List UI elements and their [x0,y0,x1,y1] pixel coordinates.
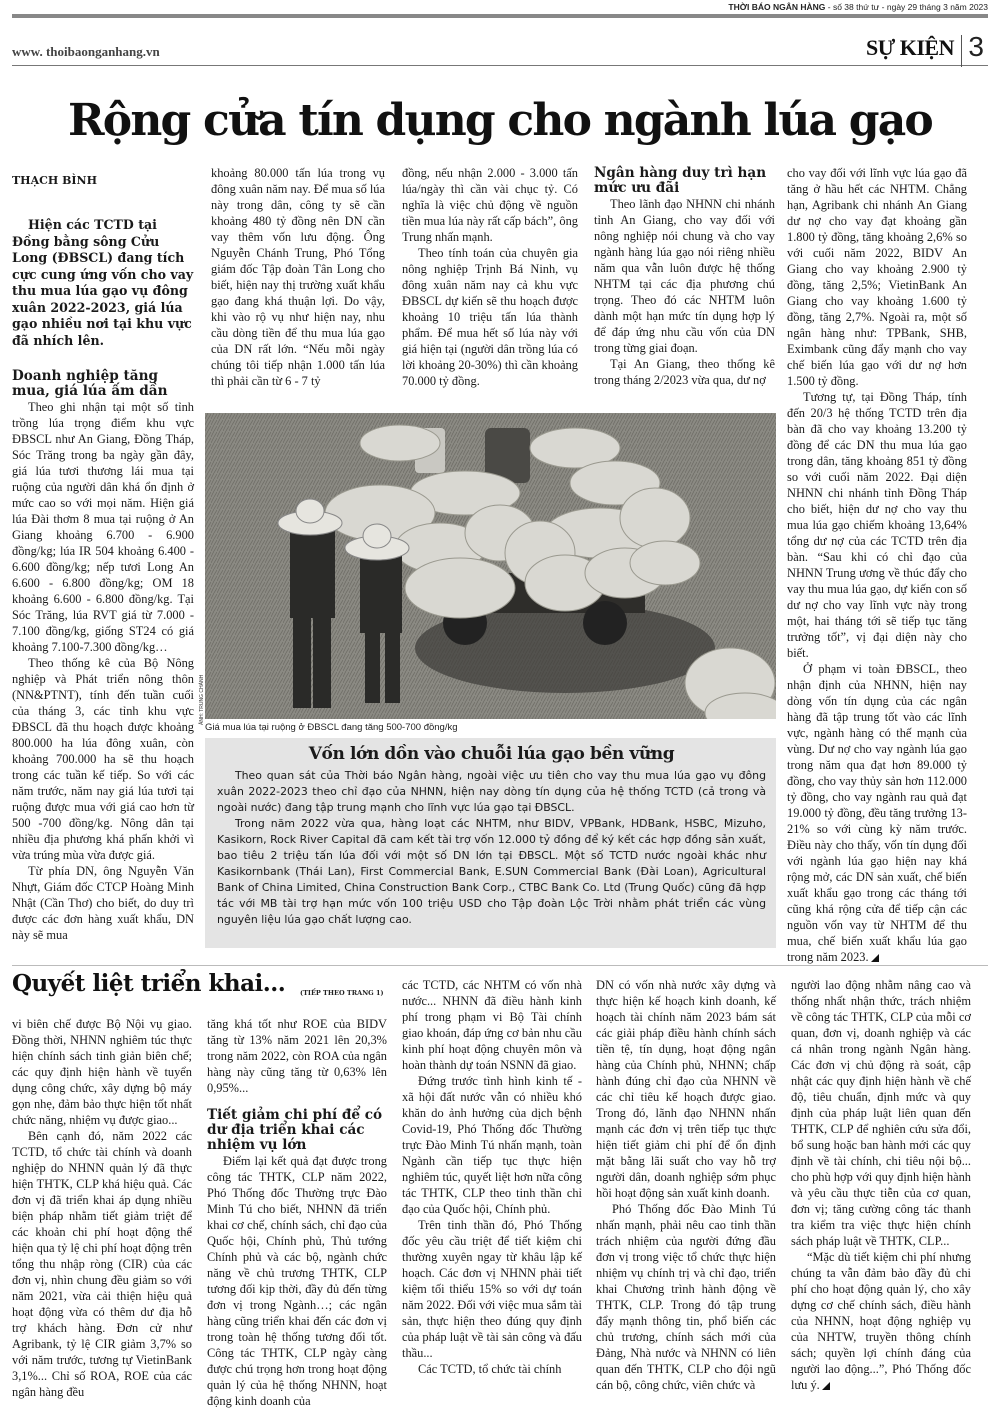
paragraph: vi biên chế được Bộ Nội vụ giao. Đồng th… [12,1016,192,1128]
article2-col1: vi biên chế được Bộ Nội vụ giao. Đồng th… [12,1016,192,1400]
section-name: SỰ KIỆN [866,35,954,61]
paragraph: Các TCTD, tổ chức tài chính [402,1361,582,1377]
boxout: Vốn lớn dồn vào chuỗi lúa gạo bền vững T… [205,738,776,948]
paragraph: Theo ghi nhận tại một số tỉnh trồng lúa … [12,399,194,655]
continued-note: (TIẾP THEO TRANG 1) [300,989,384,997]
paper-name: THỜI BÁO NGÂN HÀNG [728,2,825,12]
article2-headline: Quyết liệt triển khai... [12,970,285,997]
article1-col3: đồng, nếu nhận 2.000 - 3.000 tấn lúa/ngà… [402,165,578,389]
paragraph: Theo thống kê của Bộ Nông nghiệp và Phát… [12,655,194,863]
paragraph: Theo lãnh đạo NHNN chi nhánh tỉnh An Gia… [594,196,775,356]
paragraph: Tương tự, tại Đồng Tháp, tính đến 20/3 h… [787,389,967,661]
article2-col2: tăng khá tốt như ROE của BIDV tăng từ 13… [207,1016,387,1409]
paragraph: các TCTD, các NHTM có vốn nhà nước... NH… [402,977,582,1073]
paragraph: Trên tinh thần đó, Phó Thống đốc yêu cầu… [402,1217,582,1361]
article-photo [205,413,776,719]
paragraph: Phó Thống đốc Đào Minh Tú nhấn mạnh, phả… [596,1201,776,1393]
article2-col3: các TCTD, các NHTM có vốn nhà nước... NH… [402,977,582,1377]
issue-info: - số 38 thứ tư - ngày 29 tháng 3 năm 202… [825,2,988,12]
farmers-loading-rice-icon [205,413,776,719]
article1-col2: khoảng 80.000 tấn lúa trong vụ đông xuân… [211,165,385,389]
article2-col5: người lao động nhằm nâng cao và thống nh… [791,977,971,1393]
subhead: Doanh nghiệp tăng mua, giá lúa ấm dần [12,369,194,399]
boxout-title: Vốn lớn dồn vào chuỗi lúa gạo bền vững [217,744,766,764]
paragraph: Tại An Giang, theo thống kê trong tháng … [594,356,775,388]
subhead: Ngân hàng duy trì hạn mức ưu đãi [594,166,775,196]
end-mark-icon [822,1382,830,1390]
end-mark-icon [871,954,879,962]
article1-col4: Ngân hàng duy trì hạn mức ưu đãi Theo lã… [594,166,775,388]
paragraph: cho vay đối với lĩnh vực lúa gạo đã tăng… [787,165,967,389]
article2-col4: DN có vốn nhà nước xây dựng và thực hiện… [596,977,776,1393]
page-number: 3 [968,31,984,63]
paragraph: khoảng 80.000 tấn lúa trong vụ đông xuân… [211,165,385,389]
masthead-bar: THỜI BÁO NGÂN HÀNG - số 38 thứ tư - ngày… [12,0,988,20]
site-url: www. thoibaonganhang.vn [12,44,160,60]
paragraph: Theo tính toán của chuyên gia nông nghiệ… [402,245,578,389]
paragraph: “Mặc dù tiết kiệm chi phí nhưng chúng ta… [791,1249,971,1393]
photo-credit: ẢNH: TRUNG CHÁNH [199,665,207,725]
masthead-issue: THỜI BÁO NGÂN HÀNG - số 38 thứ tư - ngày… [728,2,988,12]
article1-col1: THẠCH BÌNH Hiện các TCTD tại Đồng bằng s… [12,173,194,943]
header-rule [12,14,988,18]
paragraph: người lao động nhằm nâng cao và thống nh… [791,977,971,1249]
paragraph: DN có vốn nhà nước xây dựng và thực hiện… [596,977,776,1201]
paragraph: Bên cạnh đó, năm 2022 các TCTD, tổ chức … [12,1128,192,1400]
article-headline: Rộng cửa tín dụng cho ngành lúa gạo [0,95,1000,146]
sapo: Hiện các TCTD tại Đồng bằng sông Cửu Lon… [12,217,194,349]
boxout-paragraph: Theo quan sát của Thời báo Ngân hàng, ng… [217,768,766,816]
paragraph: đồng, nếu nhận 2.000 - 3.000 tấn lúa/ngà… [402,165,578,245]
page-header: www. thoibaonganhang.vn SỰ KIỆN 3 [12,20,988,66]
paragraph: Ở phạm vi toàn ĐBSCL, theo nhận định của… [787,661,967,965]
boxout-paragraph: Trong năm 2022 vừa qua, hàng loạt các NH… [217,816,766,928]
paragraph: Điểm lại kết quả đạt được trong công tác… [207,1153,387,1409]
page-divider [961,35,962,67]
subhead: Tiết giảm chi phí để có dư địa triển kha… [207,1108,387,1153]
paragraph-text: Ở phạm vi toàn ĐBSCL, theo nhận định của… [787,662,967,964]
paragraph: Từ phía DN, ông Nguyễn Văn Nhựt, Giám đố… [12,863,194,943]
paragraph: Đứng trước tình hình kinh tế - xã hội đấ… [402,1073,582,1217]
paragraph-text: “Mặc dù tiết kiệm chi phí nhưng chúng ta… [791,1250,971,1392]
photo-caption: Giá mua lúa tại ruộng ở ĐBSCL đang tăng … [205,722,458,733]
article1-col5: cho vay đối với lĩnh vực lúa gạo đã tăng… [787,165,967,965]
paragraph: tăng khá tốt như ROE của BIDV tăng từ 13… [207,1016,387,1096]
byline: THẠCH BÌNH [12,173,194,189]
section-divider [12,965,988,966]
